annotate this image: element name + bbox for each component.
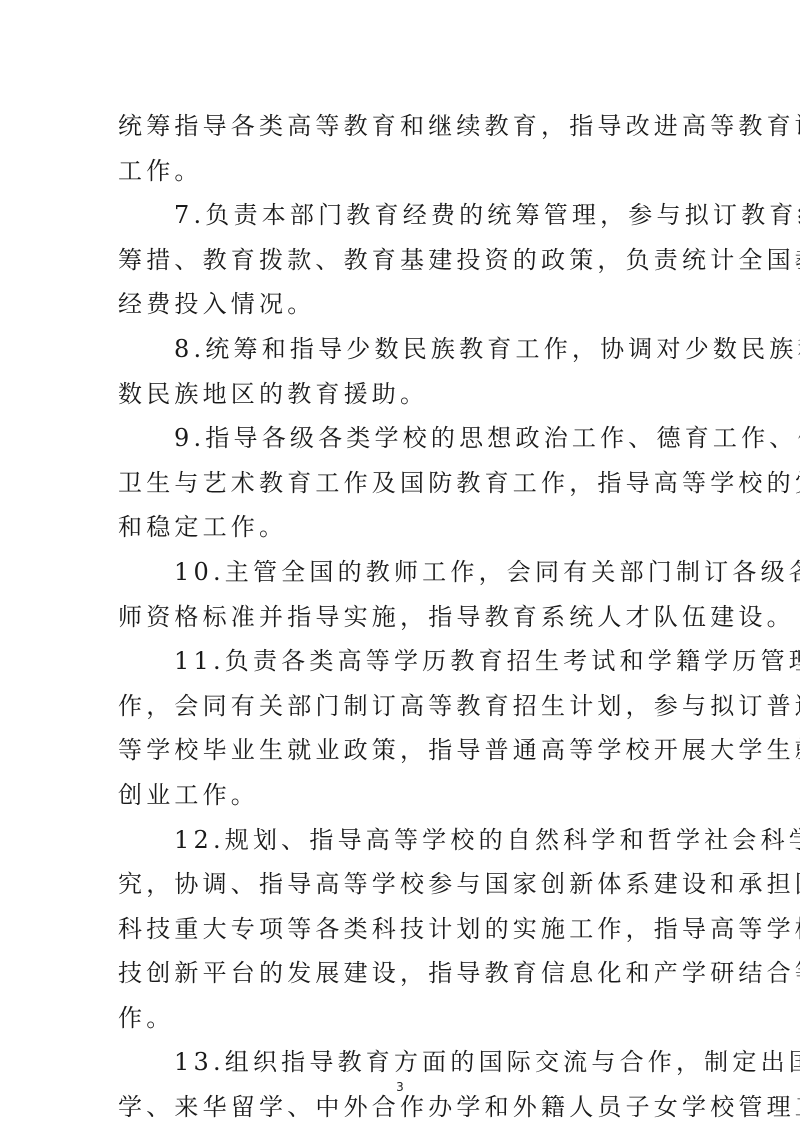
- paragraph-9: 9.指导各级各类学校的思想政治工作、德育工作、体育 卫生与艺术教育工作及国防教育…: [118, 416, 686, 550]
- text-line: 9.指导各级各类学校的思想政治工作、德育工作、体育: [118, 416, 686, 461]
- text-line: 和稳定工作。: [118, 505, 686, 550]
- text-line: 作，会同有关部门制订高等教育招生计划，参与拟订普通高: [118, 684, 686, 729]
- text-line: 科技重大专项等各类科技计划的实施工作，指导高等学校科: [118, 907, 686, 952]
- document-body: 统筹指导各类高等教育和继续教育，指导改进高等教育评估 工作。 7.负责本部门教育…: [118, 104, 686, 1130]
- text-line: 统筹指导各类高等教育和继续教育，指导改进高等教育评估: [118, 104, 686, 149]
- text-line: 技创新平台的发展建设，指导教育信息化和产学研结合等工: [118, 951, 686, 996]
- page-number: 3: [0, 1080, 800, 1094]
- text-line: 8.统筹和指导少数民族教育工作，协调对少数民族和少: [118, 327, 686, 372]
- text-line: 10.主管全国的教师工作，会同有关部门制订各级各类教: [118, 550, 686, 595]
- text-line: 作。: [118, 996, 686, 1041]
- paragraph-7: 7.负责本部门教育经费的统筹管理，参与拟订教育经费 筹措、教育拨款、教育基建投资…: [118, 193, 686, 327]
- text-line: 数民族地区的教育援助。: [118, 372, 686, 417]
- text-line: 工作。: [118, 149, 686, 194]
- text-line: 7.负责本部门教育经费的统筹管理，参与拟订教育经费: [118, 193, 686, 238]
- text-line: 究，协调、指导高等学校参与国家创新体系建设和承担国家: [118, 862, 686, 907]
- paragraph-6-continued: 统筹指导各类高等教育和继续教育，指导改进高等教育评估 工作。: [118, 104, 686, 193]
- text-line: 12.规划、指导高等学校的自然科学和哲学社会科学研: [118, 818, 686, 863]
- paragraph-8: 8.统筹和指导少数民族教育工作，协调对少数民族和少 数民族地区的教育援助。: [118, 327, 686, 416]
- text-line: 经费投入情况。: [118, 282, 686, 327]
- paragraph-10: 10.主管全国的教师工作，会同有关部门制订各级各类教 师资格标准并指导实施，指导…: [118, 550, 686, 639]
- text-line: 13.组织指导教育方面的国际交流与合作，制定出国留: [118, 1040, 686, 1085]
- text-line: 等学校毕业生就业政策，指导普通高等学校开展大学生就业: [118, 728, 686, 773]
- text-line: 筹措、教育拨款、教育基建投资的政策，负责统计全国教育: [118, 238, 686, 283]
- text-line: 卫生与艺术教育工作及国防教育工作，指导高等学校的党建: [118, 461, 686, 506]
- text-line: 11.负责各类高等学历教育招生考试和学籍学历管理工: [118, 639, 686, 684]
- paragraph-11: 11.负责各类高等学历教育招生考试和学籍学历管理工 作，会同有关部门制订高等教育…: [118, 639, 686, 817]
- paragraph-12: 12.规划、指导高等学校的自然科学和哲学社会科学研 究，协调、指导高等学校参与国…: [118, 818, 686, 1041]
- text-line: 师资格标准并指导实施，指导教育系统人才队伍建设。: [118, 595, 686, 640]
- text-line: 创业工作。: [118, 773, 686, 818]
